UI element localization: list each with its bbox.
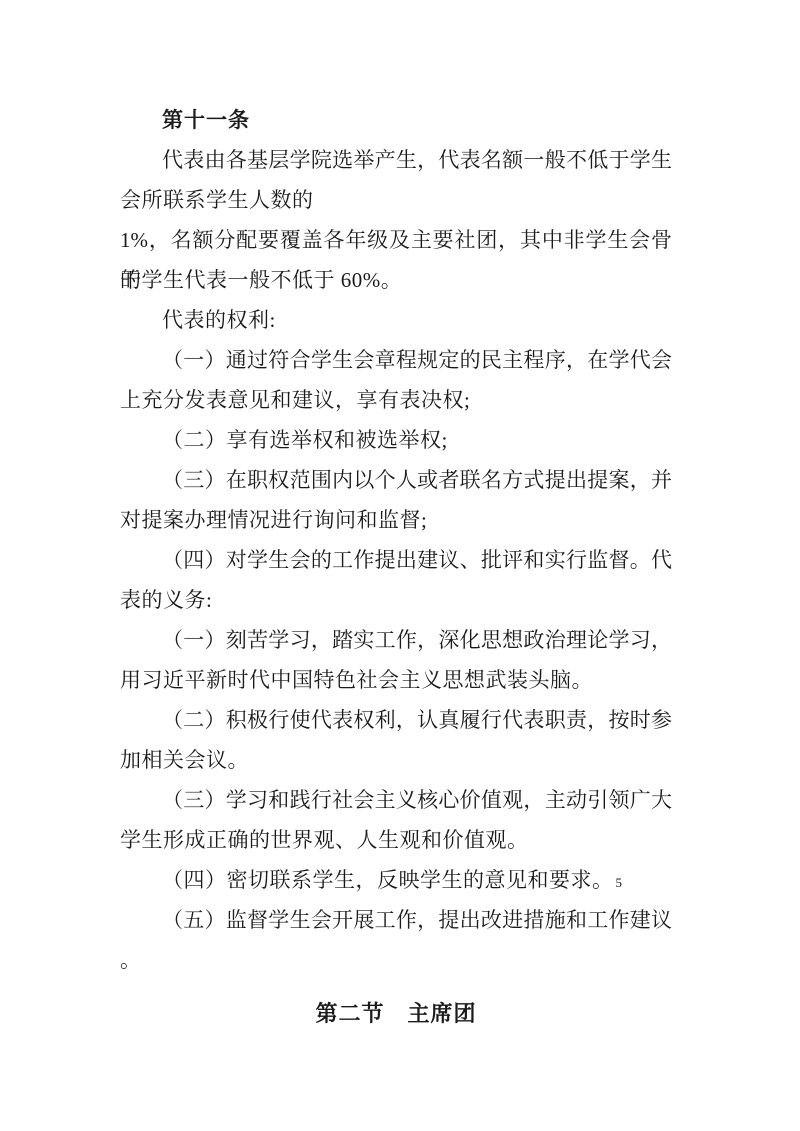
document-page: 第十一条 代表由各基层学院选举产生，代表名额一般不低于学生 会所联系学生人数的 … (0, 0, 800, 1131)
text-line-main: （四）密切联系学生，反映学生的意见和要求。 (162, 868, 614, 892)
text-line: （五）监督学生会开展工作，提出改进措施和工作建议 (120, 900, 672, 940)
text-line: （二）享有选举权和被选举权; (120, 420, 672, 460)
text-line: 对提案办理情况进行询问和监督; (120, 500, 672, 540)
text-line: 会所联系学生人数的 (120, 180, 672, 220)
text-line: 代表由各基层学院选举产生，代表名额一般不低于学生 (120, 140, 672, 180)
text-line: 1%，名额分配要覆盖各年级及主要社团，其中非学生会骨干 (120, 220, 672, 260)
text-line: （二）积极行使代表权利，认真履行代表职责，按时参 (120, 700, 672, 740)
document-body: 第十一条 代表由各基层学院选举产生，代表名额一般不低于学生 会所联系学生人数的 … (120, 100, 672, 1034)
text-line: （四）密切联系学生，反映学生的意见和要求。5 (120, 860, 672, 900)
footnote-ref: 5 (614, 875, 623, 890)
text-line: 代表的权利: (120, 300, 672, 340)
article-heading: 第十一条 (120, 100, 672, 140)
text-line: （三）在职权范围内以个人或者联名方式提出提案，并 (120, 460, 672, 500)
text-line: 上充分发表意见和建议，享有表决权; (120, 380, 672, 420)
text-line: 表的义务: (120, 580, 672, 620)
text-line: （三）学习和践行社会主义核心价值观，主动引领广大 (120, 780, 672, 820)
section-heading: 第二节 主席团 (120, 994, 672, 1034)
text-line: （一）刻苦学习，踏实工作，深化思想政治理论学习， (120, 620, 672, 660)
text-line: 。 (120, 940, 672, 980)
text-line: 学生形成正确的世界观、人生观和价值观。 (120, 820, 672, 860)
text-line: 的学生代表一般不低于 60%。 (120, 260, 672, 300)
text-line: 用习近平新时代中国特色社会主义思想武装头脑。 (120, 660, 672, 700)
text-line: 加相关会议。 (120, 740, 672, 780)
text-line: （四）对学生会的工作提出建议、批评和实行监督。代 (120, 540, 672, 580)
text-line: （一）通过符合学生会章程规定的民主程序，在学代会 (120, 340, 672, 380)
